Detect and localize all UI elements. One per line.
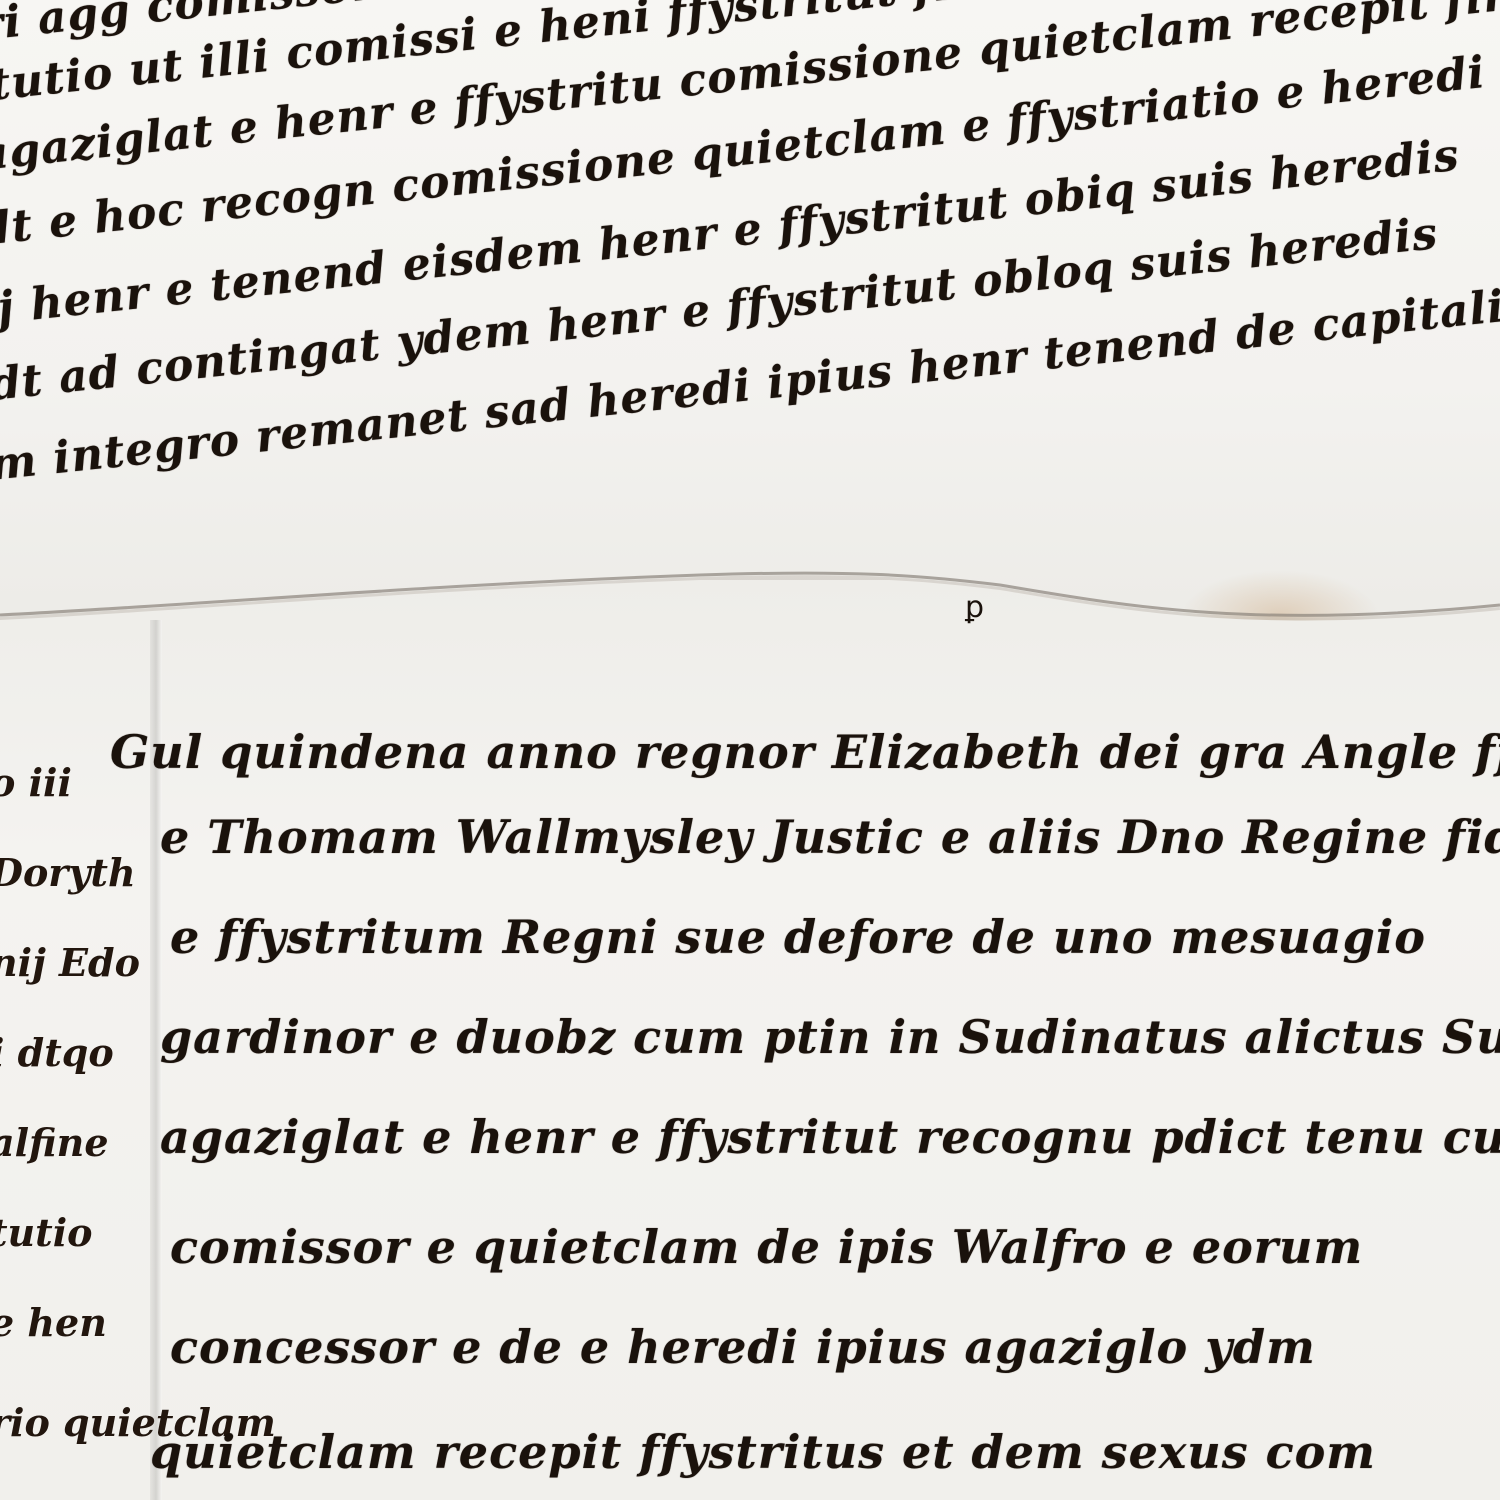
manuscript-line: comissor e quietclam de ipis Walfro e eo… [170,1220,1363,1274]
margin-text: i dtqo [0,1030,114,1075]
manuscript-line: concessor e de e heredi ipius agaziglo y… [170,1320,1316,1374]
manuscript-line: agaziglat e henr e ffystritut recognu pd… [160,1110,1500,1164]
margin-text: o iii [0,760,72,805]
margin-text: Doryth [0,850,136,895]
margin-text: nij Edo [0,940,140,985]
upper-parchment-fragment: ri agg comissor Co ffystritut concession… [0,0,1500,640]
margin-text: tutio [0,1210,93,1255]
manuscript-line: gardinor e duobz cum ptin in Sudinatus a… [160,1010,1500,1064]
fold-ink-mark: ꝑ [965,590,984,625]
margin-text: alfine [0,1120,109,1165]
manuscript-line: quietclam recepit ffystritus et dem sexu… [150,1425,1376,1479]
margin-text: e hen [0,1300,107,1345]
manuscript-line: e Thomam Wallmysley Justic e aliis Dno R… [160,810,1500,864]
manuscript-line: Gul quindena anno regnor Elizabeth dei g… [110,725,1500,779]
lower-parchment-fragment: o iii Doryth nij Edo i dtqo alfine tutio… [0,580,1500,1500]
manuscript-line: e ffystritum Regni sue defore de uno mes… [170,910,1426,964]
